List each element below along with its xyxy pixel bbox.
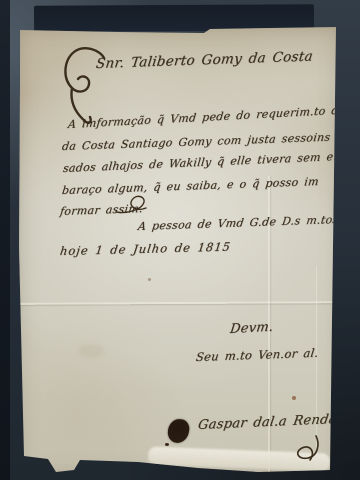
- signature-line: Gaspar dal.a Renday: [197, 412, 346, 434]
- background-top-band: [34, 4, 314, 31]
- background-left-strip: [0, 0, 10, 480]
- body-line: baraço algum, q̃ eu saiba, e o q̃ posso …: [61, 175, 319, 197]
- body-line: sados alhajos de Wakilly q̃ elle tivera …: [62, 150, 345, 175]
- stain-spot: [292, 396, 296, 400]
- scan-background: Snr. Taliberto Gomy da Costa A imformaçã…: [0, 0, 360, 480]
- ink-blot-satellite: [165, 443, 169, 446]
- salutation-line: Snr. Taliberto Gomy da Costa: [95, 48, 314, 72]
- signature-rubric: [286, 434, 322, 464]
- fold-crease-horizontal: [18, 301, 340, 305]
- body-line: da Costa Santiago Gomy com justa sessoin…: [61, 129, 360, 153]
- stain-blotch: [78, 344, 104, 358]
- valediction-line: A pessoa de Vmd G.de D.s m.tos añ.: [137, 212, 360, 233]
- date-line: hoje 1 de Julho de 1815: [59, 239, 232, 258]
- assim-flourish: [114, 192, 148, 218]
- ink-blot: [166, 418, 190, 445]
- place-line: Devm.: [229, 320, 274, 337]
- stain-spot: [148, 278, 151, 281]
- letter-paper: Snr. Taliberto Gomy da Costa A imformaçã…: [18, 26, 340, 476]
- respect-line: Seu m.to Ven.or al.: [195, 346, 319, 364]
